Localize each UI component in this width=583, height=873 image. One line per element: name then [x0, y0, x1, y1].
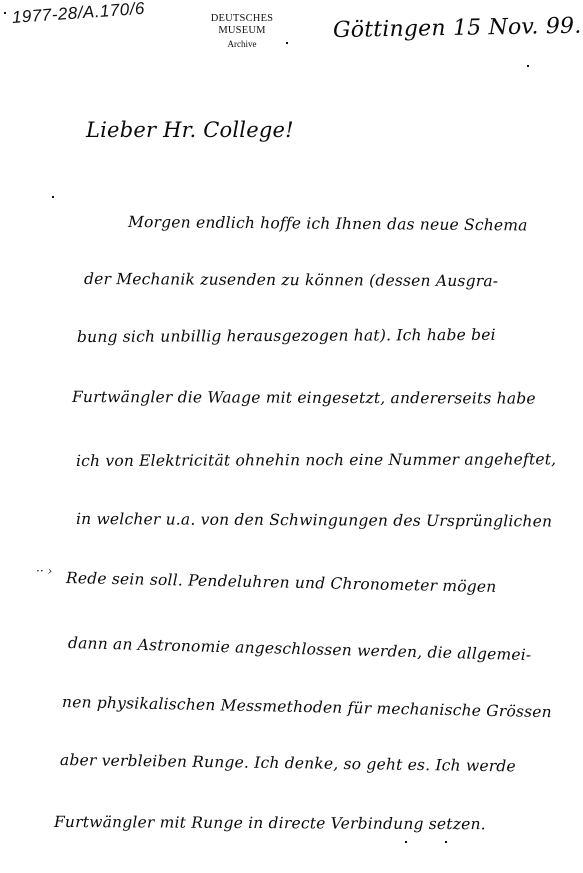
margin-mark: ·· ›: [36, 564, 52, 578]
letter-line: Furtwängler die Waage mit eingesetzt, an…: [72, 388, 536, 408]
letter-line: Rede sein soll. Pendeluhren und Chronome…: [66, 569, 497, 596]
salutation: Lieber Hr. College!: [86, 118, 294, 142]
letter-line: bung sich unbillig herausgezogen hat). I…: [77, 326, 496, 346]
letter-line: in welcher u.a. von den Schwingungen des…: [76, 510, 552, 530]
scan-speck: [445, 841, 447, 843]
letter-line: Furtwängler mit Runge in directe Verbind…: [54, 813, 486, 833]
letter-page: 1977-28/A.170/6 DEUTSCHES MUSEUM Archive…: [0, 0, 583, 873]
archive-number: 1977-28/A.170/6: [11, 0, 145, 28]
letter-line: aber verbleiben Runge. Ich denke, so geh…: [60, 751, 516, 775]
dateline: Göttingen 15 Nov. 99.: [333, 14, 582, 43]
letter-line: Morgen endlich hoffe ich Ihnen das neue …: [128, 213, 528, 234]
archive-stamp: DEUTSCHES MUSEUM Archive: [186, 13, 298, 50]
letter-line: ich von Elektricität ohnehin noch eine N…: [76, 450, 556, 470]
stamp-institution: DEUTSCHES MUSEUM: [186, 13, 298, 37]
letter-line: nen physikalischen Messmethoden für mech…: [62, 693, 552, 721]
letter-line: dann an Astronomie angeschlossen werden,…: [68, 634, 532, 664]
scan-speck: [405, 841, 407, 843]
scan-speck: [527, 65, 529, 67]
scan-speck: [4, 12, 6, 14]
scan-speck: [52, 196, 54, 198]
stamp-department: Archive: [186, 38, 298, 50]
letter-line: der Mechanik zusenden zu können (dessen …: [84, 270, 498, 290]
scan-speck: [286, 42, 288, 44]
